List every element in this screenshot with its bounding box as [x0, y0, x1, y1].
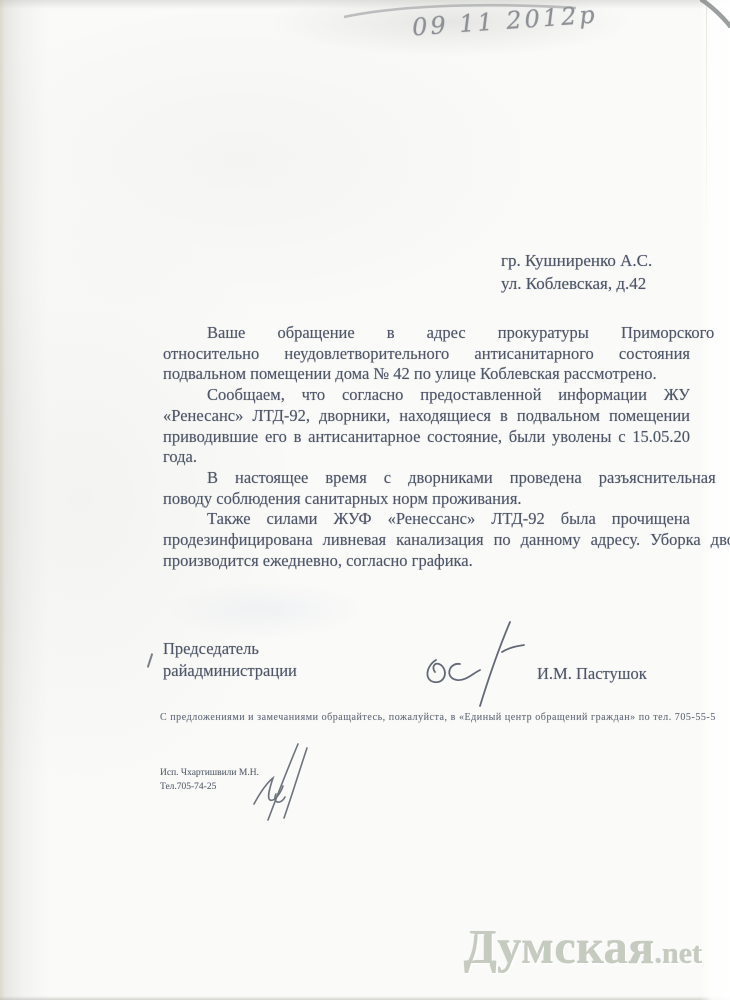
executor-block: Исп. Чхартишвили М.Н. Тел.705-74-25: [160, 767, 259, 794]
watermark-suffix: .net: [655, 937, 703, 970]
executor-phone: Тел.705-74-25: [160, 781, 259, 795]
letter-line: приводившие его в антисанитарное состоян…: [163, 427, 690, 448]
letter-line: относительно неудовлетворительного антис…: [163, 344, 690, 365]
page-fold-mark: [694, 0, 730, 30]
letter-line: В настоящее время с дворниками проведена…: [163, 468, 730, 489]
letter-line: подвальном помещении дома № 42 по улице …: [163, 364, 690, 385]
scanned-letter-page: 09 11 2012р гр. Кушниренко А.С. ул. Кобл…: [0, 0, 730, 1000]
watermark-brand: Думская: [464, 921, 655, 974]
pen-stroke-mark: [147, 653, 154, 668]
paper-edge-seam: [706, 0, 707, 240]
executor-name: Исп. Чхартишвили М.Н.: [160, 767, 259, 781]
official-signature: [420, 620, 525, 708]
letter-line: Также силами ЖУФ «Ренессанс» ЛТД-92 была…: [163, 509, 690, 530]
signer-title-line2: райадминистрации: [163, 660, 297, 682]
recipient-block: гр. Кушниренко А.С. ул. Коблевская, д.42: [501, 249, 652, 295]
handwritten-date: 09 11 2012р: [411, 1, 598, 42]
letter-line: продезинфицирована ливневая канализация …: [163, 530, 730, 551]
watermark-logo: Думская.net: [464, 920, 702, 975]
recipient-name: гр. Кушниренко А.С.: [501, 249, 652, 272]
letter-line: Сообщаем, что согласно предоставленной и…: [163, 385, 690, 406]
signer-name: И.М. Пастушок: [537, 664, 647, 684]
letter-line: Ваше обращение в адрес прокуратуры Примо…: [163, 323, 730, 344]
signer-title: Председатель райадминистрации: [163, 638, 297, 681]
signer-title-line1: Председатель: [163, 638, 297, 660]
recipient-address: ул. Коблевская, д.42: [501, 272, 652, 295]
letter-line: года.: [163, 447, 690, 468]
letter-line: производится ежедневно, согласно графика…: [163, 551, 690, 572]
footer-contact-note: С предложениями и замечаниями обращайтес…: [160, 712, 716, 723]
letter-body: Ваше обращение в адрес прокуратуры Примо…: [163, 323, 690, 571]
letter-line: «Ренесанс» ЛТД-92, дворники, находящиеся…: [163, 406, 690, 427]
letter-line: поводу соблюдения санитарных норм прожив…: [163, 489, 690, 510]
